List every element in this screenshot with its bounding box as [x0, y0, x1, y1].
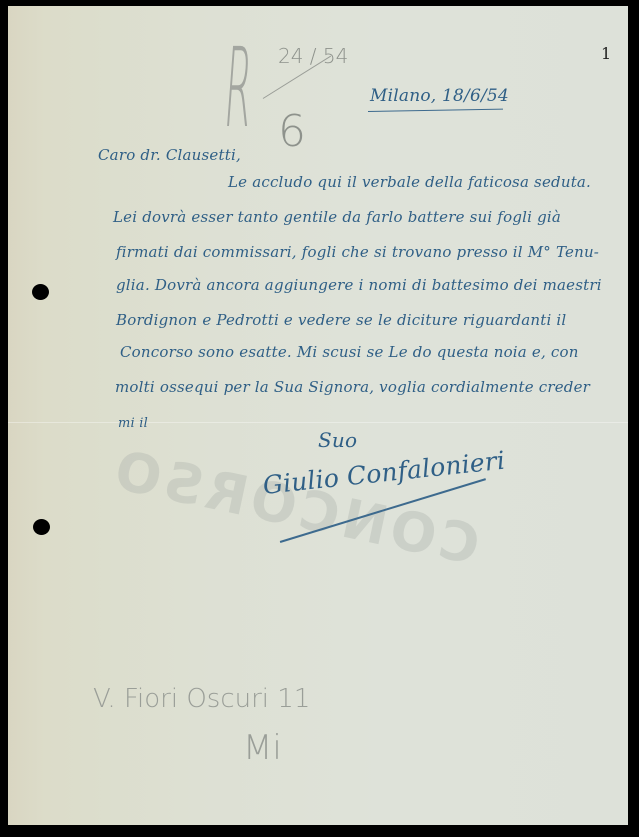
archive-number-top: 24 / 54	[278, 44, 348, 68]
body-line: glia. Dovrà ancora aggiungere i nomi di …	[116, 276, 602, 294]
body-line: mi il	[118, 416, 148, 431]
page-number: 1	[601, 44, 611, 63]
punch-hole-bottom	[33, 519, 50, 535]
closing: Suo	[318, 428, 357, 452]
body-line: firmati dai commissari, fogli che si tro…	[116, 243, 599, 261]
fold-line	[8, 422, 628, 423]
body-line: Bordignon e Pedrotti e vedere se le dici…	[116, 311, 566, 329]
archive-number-bottom: 6	[278, 106, 306, 157]
archive-large-mark: R	[220, 24, 256, 152]
body-line: molti ossequi per la Sua Signora, voglia…	[115, 378, 590, 396]
date-line: Milano, 18/6/54	[370, 86, 509, 106]
date-underline	[368, 109, 503, 112]
body-line: Lei dovrà esser tanto gentile da farlo b…	[113, 208, 561, 226]
signature: Giulio Confalonieri	[261, 446, 506, 500]
pencil-address: V. Fiori Oscuri 11	[93, 684, 310, 714]
body-line: Concorso sono esatte. Mi scusi se Le do …	[120, 343, 579, 361]
letter-page: CONCORSO 1 24 / 54 6 R Milano, 18/6/54 C…	[8, 6, 628, 825]
body-line: Le accludo qui il verbale della faticosa…	[228, 173, 591, 191]
punch-hole-top	[32, 284, 49, 300]
salutation: Caro dr. Clausetti,	[98, 146, 241, 164]
pencil-city: Mi	[243, 728, 282, 768]
